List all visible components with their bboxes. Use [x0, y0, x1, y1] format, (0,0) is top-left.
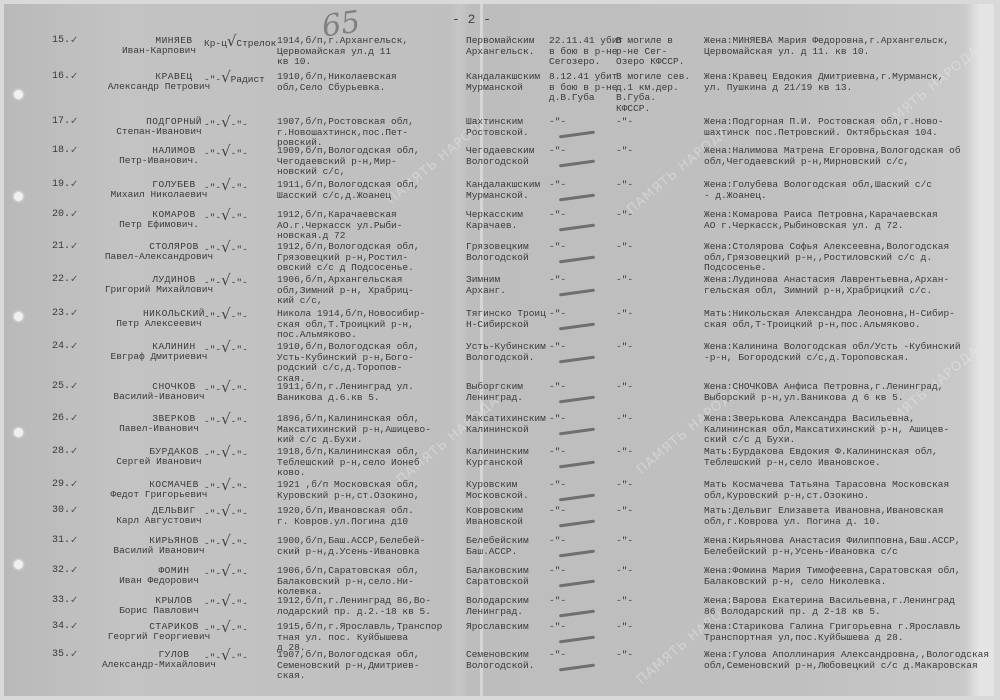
fate: -"- [549, 536, 619, 547]
fate: 8.12.41 убит в бою в р-не д.В.Губа [549, 72, 619, 104]
fate: -"- [549, 414, 619, 425]
check-x-mark-icon: √ [221, 68, 231, 86]
draft-office: Володарским Ленинград. [466, 596, 551, 617]
checkmark-icon: ✓ [70, 309, 78, 320]
fate: -"- [549, 242, 619, 253]
checkmark-icon: ✓ [70, 622, 78, 633]
draft-office: Белебейским Баш.АССР. [466, 536, 551, 557]
pencil-stroke [559, 636, 595, 644]
pencil-stroke [559, 610, 595, 618]
pencil-stroke [559, 256, 595, 264]
check-x-mark-icon: √ [221, 206, 231, 224]
pencil-stroke [559, 131, 595, 139]
next-of-kin: Жена:Голубева Вологодская обл,Шаский с/с… [704, 180, 994, 201]
checkmark-icon: ✓ [70, 146, 78, 157]
record-number: 28. [52, 447, 70, 458]
next-of-kin: Жена:Варова Екатерина Васильевна,г.Ленин… [704, 596, 994, 617]
birth-address: 1920,б/п,Ивановская обл. г. Ковров.ул.По… [277, 506, 467, 527]
pencil-stroke [559, 289, 595, 297]
check-x-mark-icon: √ [221, 142, 231, 160]
checkmark-icon: ✓ [70, 650, 78, 661]
rank-post: -"-√-"- [204, 414, 284, 428]
check-x-mark-icon: √ [221, 113, 231, 131]
checkmark-icon: ✓ [70, 242, 78, 253]
next-of-kin: Жена:Старикова Галина Григорьевна г.Ярос… [704, 622, 994, 643]
burial-place: -"- [616, 382, 696, 393]
record-number: 31. [52, 536, 70, 547]
pencil-stroke [559, 580, 595, 588]
check-x-mark-icon: √ [221, 410, 231, 428]
pencil-stroke [559, 461, 595, 469]
pencil-stroke [559, 550, 595, 558]
punch-hole [14, 90, 23, 99]
record-number: 18. [52, 146, 70, 157]
watermark: ПАМЯТЬ НАРОДА [625, 124, 732, 217]
draft-office: Кандалакшским Мурманской. [466, 180, 551, 201]
fate: -"- [549, 309, 619, 320]
burial-place: -"- [616, 180, 696, 191]
pencil-stroke [559, 160, 595, 168]
burial-place: -"- [616, 117, 696, 128]
next-of-kin: Жена:Зверькова Александра Васильевна, Ка… [704, 414, 994, 446]
rank-post: -"-√-"- [204, 342, 284, 356]
fate: -"- [549, 622, 619, 633]
rank-post: -"-√-"- [204, 536, 284, 550]
birth-address: 1911,б/п,г.Ленинград ул. Ваникова д.6.кв… [277, 382, 467, 403]
rank-post: -"-√-"- [204, 596, 284, 610]
document-page: 65 - 2 - ПАМЯТЬ НАРОДА ПАМЯТЬ НАРОДА ПАМ… [4, 4, 994, 696]
birth-address: 1911,б/п,Вологодская обл, Шасский с/с,д.… [277, 180, 467, 201]
next-of-kin: Мать:Дельвиг Елизавета Ивановна,Ивановск… [704, 506, 994, 527]
check-x-mark-icon: √ [221, 502, 231, 520]
pencil-stroke [559, 323, 595, 331]
rank-post: -"-√-"- [204, 447, 284, 461]
check-x-mark-icon: √ [221, 476, 231, 494]
burial-place: -"- [616, 309, 696, 320]
fate: -"- [549, 506, 619, 517]
checkmark-icon: ✓ [70, 382, 78, 393]
rank-post: -"-√-"- [204, 210, 284, 224]
rank-post: -"-√-"- [204, 566, 284, 580]
draft-office: Тягинско Троиц Н-Сибирской [466, 309, 551, 330]
page-number: - 2 - [452, 12, 491, 27]
checkmark-icon: ✓ [70, 506, 78, 517]
draft-office: Грязовецким Вологодской [466, 242, 551, 263]
draft-office: Кандалакшским Мурманской [466, 72, 551, 93]
rank-post: Кр-ц√Стрелок [204, 36, 284, 50]
rank-post: -"-√-"- [204, 117, 284, 131]
check-x-mark-icon: √ [221, 271, 231, 289]
rank-post: -"-√-"- [204, 309, 284, 323]
draft-office: Балаковским Саратовской [466, 566, 551, 587]
check-x-mark-icon: √ [221, 592, 231, 610]
fate: -"- [549, 146, 619, 157]
burial-place: -"- [616, 447, 696, 458]
next-of-kin: Жена:Подгорная П.И. Ростовская обл,г.Нов… [704, 117, 994, 138]
check-x-mark-icon: √ [221, 238, 231, 256]
birth-address: 1921 ,б/п Московская обл, Куровский р-н,… [277, 480, 467, 501]
burial-place: -"- [616, 146, 696, 157]
record-number: 22. [52, 275, 70, 286]
burial-place: -"- [616, 622, 696, 633]
rank-post: -"-√-"- [204, 146, 284, 160]
record-number: 23. [52, 309, 70, 320]
draft-office: Семеновским Вологодской. [466, 650, 551, 671]
next-of-kin: Жена:Фомина Мария Тимофеевна,Саратовская… [704, 566, 994, 587]
check-x-mark-icon: √ [221, 646, 231, 664]
rank-post: -"-√-"- [204, 622, 284, 636]
burial-place: -"- [616, 242, 696, 253]
birth-address: 1906,б/п,Архангельская обл,Зимний р-н, Х… [277, 275, 467, 307]
birth-address: Никола 1914,б/п,Новосибир- ская обл,Т.Тр… [277, 309, 467, 341]
punch-hole [14, 560, 23, 569]
checkmark-icon: ✓ [70, 566, 78, 577]
fate: -"- [549, 210, 619, 221]
check-x-mark-icon: √ [221, 305, 231, 323]
fate: -"- [549, 275, 619, 286]
rank-post: -"-√-"- [204, 382, 284, 396]
birth-address: 1914,б/п,г.Архангельск, Цервомайская ул.… [277, 36, 467, 68]
pencil-stroke [559, 224, 595, 232]
fate: -"- [549, 566, 619, 577]
next-of-kin: Жена:Кравец Евдокия Дмитриевна,г.Мурманс… [704, 72, 994, 93]
draft-office: Калининским Курганской [466, 447, 551, 468]
fate: -"- [549, 596, 619, 607]
check-x-mark-icon: √ [221, 618, 231, 636]
pencil-stroke [559, 428, 595, 436]
record-number: 33. [52, 596, 70, 607]
checkmark-icon: ✓ [70, 447, 78, 458]
next-of-kin: Мать:Бурдакова Евдокия Ф.Калининская обл… [704, 447, 994, 468]
birth-address: 1907,б/п,Вологодская обл, Семеновский р-… [277, 650, 467, 682]
punch-hole [14, 312, 23, 321]
draft-office: Максатихинским Калининской [466, 414, 551, 435]
checkmark-icon: ✓ [70, 180, 78, 191]
checkmark-icon: ✓ [70, 342, 78, 353]
check-x-mark-icon: √ [221, 378, 231, 396]
burial-place: -"- [616, 275, 696, 286]
record-number: 24. [52, 342, 70, 353]
draft-office: Чегодаевским Вологодской [466, 146, 551, 167]
birth-address: 1896,б/п,Калининская обл, Максатихинский… [277, 414, 467, 446]
check-x-mark-icon: √ [227, 32, 237, 50]
burial-place: -"- [616, 480, 696, 491]
next-of-kin: Жена:Столярова Софья Алексеевна,Вологодс… [704, 242, 994, 274]
record-number: 17. [52, 117, 70, 128]
draft-office: Шахтинским Ростовской. [466, 117, 551, 138]
checkmark-icon: ✓ [70, 536, 78, 547]
next-of-kin: Жена:МИНЯЕВА Мария Федоровна,г.Архангель… [704, 36, 994, 57]
record-number: 32. [52, 566, 70, 577]
next-of-kin: Жена:Лудинова Анастасия Лаврентьевна,Арх… [704, 275, 994, 296]
next-of-kin: Жена:Комарова Раиса Петровна,Карачаевска… [704, 210, 994, 231]
fate: -"- [549, 447, 619, 458]
record-number: 20. [52, 210, 70, 221]
record-number: 19. [52, 180, 70, 191]
burial-place: -"- [616, 414, 696, 425]
draft-office: Куровским Московской. [466, 480, 551, 501]
record-number: 29. [52, 480, 70, 491]
next-of-kin: Жена:Кирьянова Анастасия Филипповна,Баш.… [704, 536, 994, 557]
burial-place: -"- [616, 342, 696, 353]
burial-place: В могиле в р-не Сег- Озеро КФССР. [616, 36, 696, 68]
fate: -"- [549, 650, 619, 661]
birth-address: 1912,б/п,Вологодская обл, Грязовецкий р-… [277, 242, 467, 274]
draft-office: Ковровским Ивановской [466, 506, 551, 527]
check-x-mark-icon: √ [221, 562, 231, 580]
record-number: 15. [52, 36, 70, 47]
checkmark-icon: ✓ [70, 210, 78, 221]
next-of-kin: Жена:Калинина Вологодская обл/Усть -Куби… [704, 342, 994, 363]
checkmark-icon: ✓ [70, 596, 78, 607]
checkmark-icon: ✓ [70, 117, 78, 128]
check-x-mark-icon: √ [221, 443, 231, 461]
next-of-kin: Жена:Гулова Аполлинария Александровна,,В… [704, 650, 994, 671]
burial-place: -"- [616, 650, 696, 661]
record-number: 34. [52, 622, 70, 633]
birth-address: 1900,б/п,Баш.АССР,Белебей- ский р-н,д.Ус… [277, 536, 467, 557]
next-of-kin: Жена:СНОЧКОВА Анфиса Петровна,г.Ленингра… [704, 382, 994, 403]
fate: -"- [549, 480, 619, 491]
record-number: 26. [52, 414, 70, 425]
draft-office: Усть-Кубинским Вологодской. [466, 342, 551, 363]
checkmark-icon: ✓ [70, 414, 78, 425]
check-x-mark-icon: √ [221, 338, 231, 356]
punch-hole [14, 192, 23, 201]
pencil-stroke [559, 520, 595, 528]
rank-post: -"-√-"- [204, 480, 284, 494]
record-number: 35. [52, 650, 70, 661]
record-number: 30. [52, 506, 70, 517]
check-x-mark-icon: √ [221, 532, 231, 550]
check-x-mark-icon: √ [221, 176, 231, 194]
draft-office: Ярославским [466, 622, 551, 633]
fate: -"- [549, 342, 619, 353]
burial-place: -"- [616, 506, 696, 517]
rank-post: -"-√-"- [204, 650, 284, 664]
burial-place: -"- [616, 536, 696, 547]
checkmark-icon: ✓ [70, 72, 78, 83]
draft-office: Зимним Арханг. [466, 275, 551, 296]
fate: -"- [549, 180, 619, 191]
draft-office: Выборгским Ленинград. [466, 382, 551, 403]
next-of-kin: Мать Космачева Татьяна Тарасовна Московс… [704, 480, 994, 501]
draft-office: Черкасским Карачаев. [466, 210, 551, 231]
burial-place: -"- [616, 596, 696, 607]
burial-place: -"- [616, 566, 696, 577]
checkmark-icon: ✓ [70, 36, 78, 47]
rank-post: -"-√Радист [204, 72, 284, 86]
birth-address: 1912,б/п,Карачаевская АО.г.Черкасск ул.Р… [277, 210, 467, 242]
rank-post: -"-√-"- [204, 506, 284, 520]
birth-address: 1906,б/п,Саратовская обл, Балаковский р-… [277, 566, 467, 598]
record-number: 25. [52, 382, 70, 393]
record-number: 16. [52, 72, 70, 83]
burial-place: В могиле сев. д.1 км.дер. В.Губа. КФССР. [616, 72, 696, 114]
next-of-kin: Мать:Никольская Александра Леоновна,Н-Си… [704, 309, 994, 330]
birth-address: 1910,б/п,Вологодская обл, Усть-Кубинский… [277, 342, 467, 384]
fate: 22.11.41 убит в бою в р-не Сегозеро. [549, 36, 619, 68]
pencil-stroke [559, 356, 595, 364]
rank-post: -"-√-"- [204, 275, 284, 289]
record-number: 21. [52, 242, 70, 253]
fate: -"- [549, 117, 619, 128]
burial-place: -"- [616, 210, 696, 221]
pencil-stroke [559, 494, 595, 502]
pencil-stroke [559, 396, 595, 404]
pencil-stroke [559, 194, 595, 202]
next-of-kin: Жена:Налимова Матрена Егоровна,Вологодск… [704, 146, 994, 167]
birth-address: 1910,б/п,Николаевская обл,Село Сбурьевка… [277, 72, 467, 93]
pencil-stroke [559, 664, 595, 672]
birth-address: 1907,б/п,Ростовская обл, г.Новошахтинск,… [277, 117, 467, 149]
rank-post: -"-√-"- [204, 180, 284, 194]
birth-address: 1909,б/п,Вологодская обл, Чегодаевский р… [277, 146, 467, 178]
birth-address: 1918,б/п,Калининская обл, Теблешский р-н… [277, 447, 467, 479]
birth-address: 1912,б/п,г.Ленинград 86,Во- лодарский пр… [277, 596, 467, 617]
rank-post: -"-√-"- [204, 242, 284, 256]
checkmark-icon: ✓ [70, 480, 78, 491]
checkmark-icon: ✓ [70, 275, 78, 286]
punch-hole [14, 428, 23, 437]
draft-office: Первомайским Архангельск. [466, 36, 551, 57]
fate: -"- [549, 382, 619, 393]
